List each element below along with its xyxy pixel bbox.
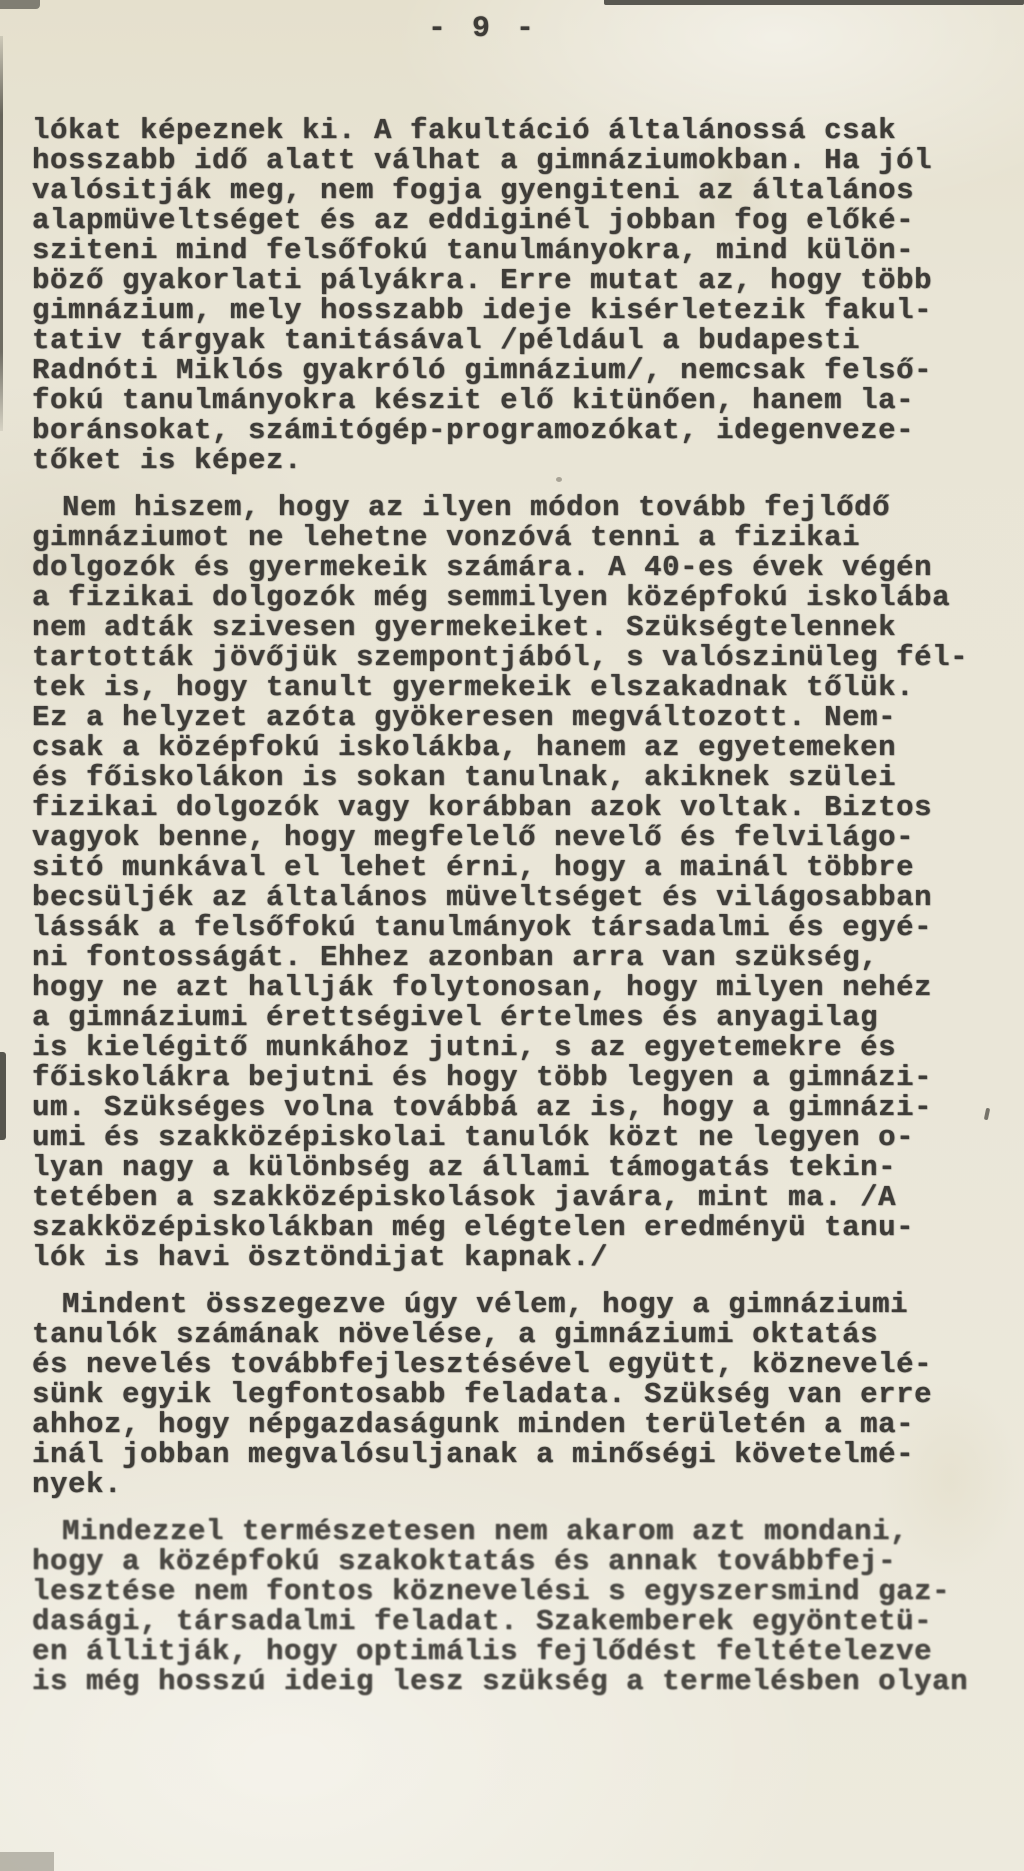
document-body: lókat képeznek ki. A fakultáció általáno… (32, 116, 992, 1697)
text-line: Mindezzel természetesen nem akarom azt m… (32, 1517, 992, 1547)
scan-edge-artifact-left-upper (0, 36, 3, 431)
text-line: Mindent összegezve úgy vélem, hogy a gim… (32, 1290, 992, 1320)
scan-edge-artifact-left-mid (0, 1052, 6, 1140)
text-line: umi és szakközépiskolai tanulók közt ne … (32, 1123, 992, 1153)
text-line: lássák a felsőfokú tanulmányok társadalm… (32, 913, 992, 943)
text-line: is még hosszú ideig lesz szükség a terme… (32, 1667, 992, 1697)
scan-edge-artifact-top-right (604, 0, 1024, 5)
text-line: lók is havi ösztöndijat kapnak./ (32, 1243, 992, 1273)
text-line: sitó munkával el lehet érni, hogy a main… (32, 853, 992, 883)
text-line: gimnáziumot ne lehetne vonzóvá tenni a f… (32, 523, 992, 553)
text-line: és főiskolákon is sokan tanulnak, akikne… (32, 763, 992, 793)
text-line: fokú tanulmányokra készit elő kitünően, … (32, 386, 992, 416)
page-number: - 9 - (0, 12, 995, 46)
text-line: um. Szükséges volna továbbá az is, hogy … (32, 1093, 992, 1123)
text-line: tőket is képez. (32, 446, 992, 476)
paragraph: Mindezzel természetesen nem akarom azt m… (32, 1517, 992, 1697)
text-line: szakközépiskolákban még elégtelen eredmé… (32, 1213, 992, 1243)
text-line: hogy ne azt hallják folytonosan, hogy mi… (32, 973, 992, 1003)
text-line: lókat képeznek ki. A fakultáció általáno… (32, 116, 992, 146)
text-line: dasági, társadalmi feladat. Szakemberek … (32, 1607, 992, 1637)
scanned-page: - 9 - lókat képeznek ki. A fakultáció ál… (0, 0, 1024, 1871)
text-line: ahhoz, hogy népgazdaságunk minden terüle… (32, 1410, 992, 1440)
text-line: főiskolákra bejutni és hogy több legyen … (32, 1063, 992, 1093)
paragraph: Mindent összegezve úgy vélem, hogy a gim… (32, 1290, 992, 1500)
text-line: dolgozók és gyermekeik számára. A 40-es … (32, 553, 992, 583)
scan-edge-artifact-top-left (0, 0, 40, 9)
text-line: hosszabb idő alatt válhat a gimnáziumokb… (32, 146, 992, 176)
text-line: sünk egyik legfontosabb feladata. Szüksé… (32, 1380, 992, 1410)
paragraph: lókat képeznek ki. A fakultáció általáno… (32, 116, 992, 476)
text-line: inál jobban megvalósuljanak a minőségi k… (32, 1440, 992, 1470)
text-line: tek is, hogy tanult gyermekeik elszakadn… (32, 673, 992, 703)
text-line: gimnázium, mely hosszabb ideje kisérlete… (32, 296, 992, 326)
text-line: becsüljék az általános müveltséget és vi… (32, 883, 992, 913)
text-line: hogy a középfokú szakoktatás és annak to… (32, 1547, 992, 1577)
text-line: tativ tárgyak tanitásával /például a bud… (32, 326, 992, 356)
text-line: Radnóti Miklós gyakróló gimnázium/, nemc… (32, 356, 992, 386)
text-line: lyan nagy a különbség az állami támogatá… (32, 1153, 992, 1183)
text-line: en állitják, hogy optimális fejlődést fe… (32, 1637, 992, 1667)
text-line: valósitják meg, nem fogja gyengiteni az … (32, 176, 992, 206)
text-line: böző gyakorlati pályákra. Erre mutat az,… (32, 266, 992, 296)
text-line: Nem hiszem, hogy az ilyen módon tovább f… (32, 493, 992, 523)
text-line: csak a középfokú iskolákba, hanem az egy… (32, 733, 992, 763)
scan-edge-artifact-bottom-left (0, 1852, 54, 1871)
paragraph: Nem hiszem, hogy az ilyen módon tovább f… (32, 493, 992, 1273)
text-line: fizikai dolgozók vagy korábban azok volt… (32, 793, 992, 823)
text-line: nyek. (32, 1470, 992, 1500)
text-line: tanulók számának növelése, a gimnáziumi … (32, 1320, 992, 1350)
text-line: a gimnáziumi érettségivel értelmes és an… (32, 1003, 992, 1033)
text-line: Ez a helyzet azóta gyökeresen megváltozo… (32, 703, 992, 733)
text-line: vagyok benne, hogy megfelelő nevelő és f… (32, 823, 992, 853)
text-line: alapmüveltséget és az eddiginél jobban f… (32, 206, 992, 236)
text-line: a fizikai dolgozók még semmilyen középfo… (32, 583, 992, 613)
text-line: tartották jövőjük szempontjából, s valós… (32, 643, 992, 673)
text-line: nem adták szivesen gyermekeiket. Szükség… (32, 613, 992, 643)
text-line: lesztése nem fontos köznevelési s egysze… (32, 1577, 992, 1607)
text-line: tetében a szakközépiskolások javára, min… (32, 1183, 992, 1213)
text-line: boránsokat, számitógép-programozókat, id… (32, 416, 992, 446)
text-line: ni fontosságát. Ehhez azonban arra van s… (32, 943, 992, 973)
text-line: is kielégitő munkához jutni, s az egyete… (32, 1033, 992, 1063)
text-line: és nevelés továbbfejlesztésével együtt, … (32, 1350, 992, 1380)
text-line: sziteni mind felsőfokú tanulmányokra, mi… (32, 236, 992, 266)
